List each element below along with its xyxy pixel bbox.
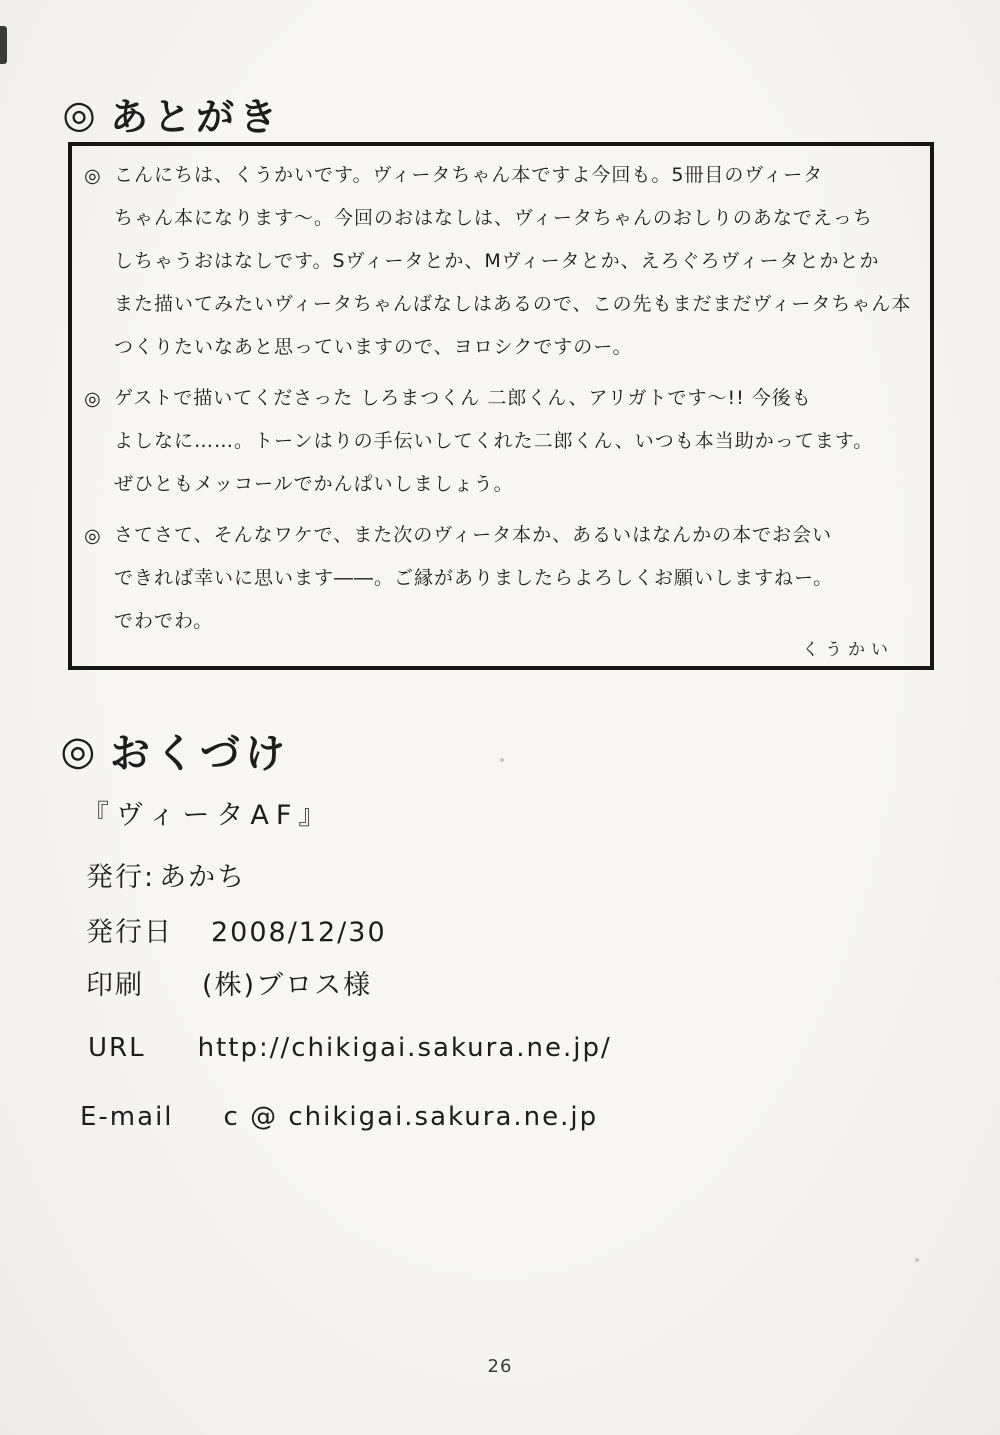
colophon-entry-url: URL http://chikigai.sakura.ne.jp/ — [88, 1033, 612, 1063]
scan-speck — [500, 758, 504, 762]
spiral-bullet-icon: ◎ — [81, 152, 117, 199]
entry-label: 発行: — [86, 855, 155, 894]
entry-value: c @ chikigai.sakura.ne.jp — [224, 1102, 599, 1132]
afterword-paragraph-3: ◎ さてさて、そんなワケで、また次のヴィータ本か、あるいはなんかの本でお会い で… — [84, 514, 916, 643]
scan-edge-artifact — [0, 26, 7, 64]
afterword-box: ◎ こんにちは、くうかいです。ヴィータちゃん本ですよ今回も。5冊目のヴィータ ち… — [68, 142, 934, 670]
spiral-bullet-icon: ◎ — [81, 375, 117, 422]
paragraph-lines: ゲストで描いてくださった しろまつくん 二郎くん、アリガトです〜!! 今後も よ… — [114, 377, 916, 506]
handwritten-line: ちゃん本になります〜。今回のおはなしは、ヴィータちゃんのおしりのあなでえっち — [114, 197, 916, 240]
handwritten-line: つくりたいなあと思っていますので、ヨロシクですのー。 — [114, 326, 916, 369]
colophon-entry-printer: 印刷 (株)ブロス様 — [86, 963, 372, 1002]
handwritten-line: よしなに……。トーンはりの手伝いしてくれた二郎くん、いつも本当助かってます。 — [114, 420, 916, 463]
handwritten-line: しちゃうおはなしです。Sヴィータとか、Mヴィータとか、えろぐろヴィータとかとか — [114, 240, 916, 283]
entry-value: あかち — [159, 855, 246, 894]
afterword-title-text: あとがき — [110, 86, 282, 141]
book-title: 『ヴィータAF』 — [82, 793, 332, 832]
colophon-title-text: おくづけ — [110, 722, 290, 779]
handwritten-line: さてさて、そんなワケで、また次のヴィータ本か、あるいはなんかの本でお会い — [114, 514, 916, 557]
afterword-section-title: ◎ あとがき — [62, 86, 282, 141]
entry-value: (株)ブロス様 — [202, 963, 372, 1002]
entry-value: 2008/12/30 — [211, 917, 387, 948]
afterword-paragraph-1: ◎ こんにちは、くうかいです。ヴィータちゃん本ですよ今回も。5冊目のヴィータ ち… — [84, 154, 916, 369]
entry-label: 印刷 — [86, 963, 144, 1002]
spiral-bullet-icon: ◎ — [81, 512, 117, 559]
handwritten-line: でわでわ。 — [114, 600, 916, 643]
entry-label: URL — [88, 1033, 146, 1063]
paragraph-lines: こんにちは、くうかいです。ヴィータちゃん本ですよ今回も。5冊目のヴィータ ちゃん… — [114, 154, 916, 369]
colophon-entry-email: E-mail c @ chikigai.sakura.ne.jp — [80, 1102, 598, 1132]
spiral-bullet-icon: ◎ — [59, 89, 103, 138]
afterword-paragraph-2: ◎ ゲストで描いてくださった しろまつくん 二郎くん、アリガトです〜!! 今後も… — [84, 377, 916, 506]
colophon-entry-publisher: 発行: あかち — [86, 855, 246, 894]
author-signature: くうかい — [802, 635, 894, 660]
entry-label: E-mail — [80, 1102, 174, 1132]
handwritten-line: こんにちは、くうかいです。ヴィータちゃん本ですよ今回も。5冊目のヴィータ — [114, 154, 916, 197]
entry-label: 発行日 — [86, 910, 173, 949]
paragraph-lines: さてさて、そんなワケで、また次のヴィータ本か、あるいはなんかの本でお会い できれ… — [114, 514, 916, 643]
colophon-entry-publish-date: 発行日 2008/12/30 — [86, 910, 387, 949]
page-number: 26 — [0, 1356, 1000, 1377]
handwritten-line: ぜひともメッコールでかんぱいしましょう。 — [114, 463, 916, 506]
handwritten-line: ゲストで描いてくださった しろまつくん 二郎くん、アリガトです〜!! 今後も — [114, 377, 916, 420]
handwritten-line: できれば幸いに思います――。ご縁がありましたらよろしくお願いしますねー。 — [114, 557, 916, 600]
spiral-bullet-icon: ◎ — [57, 725, 103, 776]
handwritten-line: また描いてみたいヴィータちゃんばなしはあるので、この先もまだまだヴィータちゃん本 — [114, 283, 916, 326]
colophon-section-title: ◎ おくづけ — [60, 722, 290, 779]
scan-speck — [915, 1258, 919, 1262]
entry-value: http://chikigai.sakura.ne.jp/ — [198, 1033, 612, 1063]
